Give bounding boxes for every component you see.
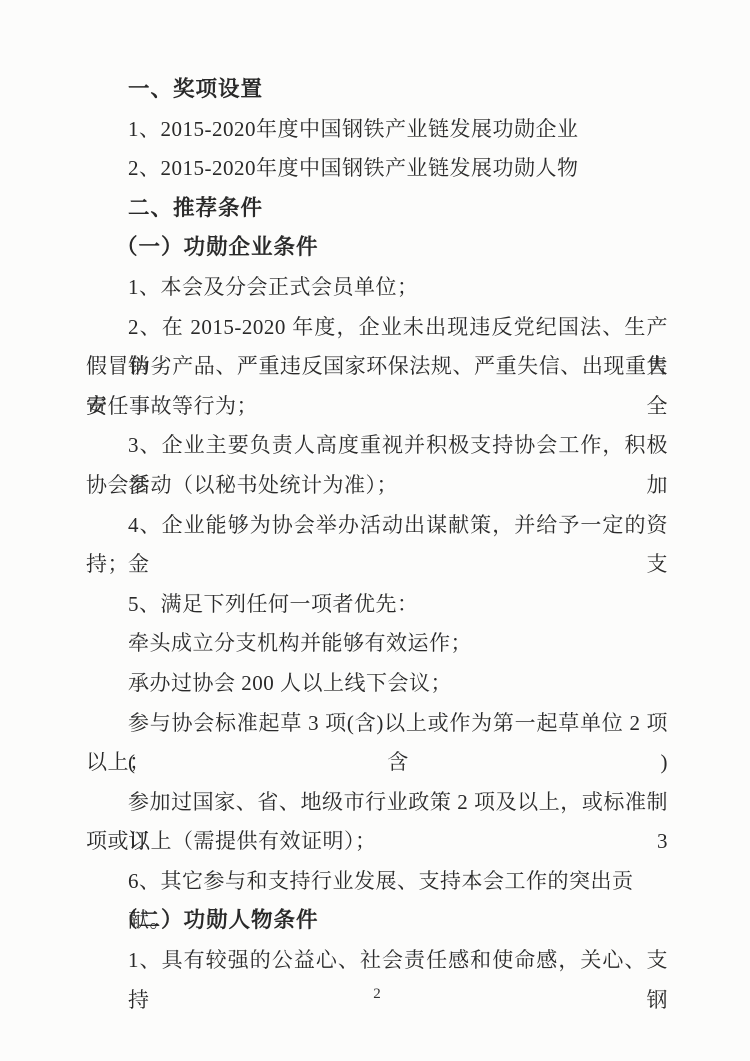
- para-priority-item-1: 牵头成立分支机构并能够有效运作；: [86, 624, 668, 664]
- document-content: 一、奖项设置 1、2015-2020年度中国钢铁产业链发展功勋企业 2、2015…: [0, 0, 750, 1004]
- para-enterprise-cond-1: 1、本会及分会正式会员单位；: [86, 268, 668, 308]
- para-person-cond-1-line-1: 1、具有较强的公益心、社会责任感和使命感，关心、支持钢: [86, 941, 668, 981]
- document-page: 一、奖项设置 1、2015-2020年度中国钢铁产业链发展功勋企业 2、2015…: [0, 0, 750, 1061]
- para-enterprise-cond-2-line-2: 假冒伪劣产品、严重违反国家环保法规、严重失信、出现重大安全: [86, 347, 668, 387]
- para-enterprise-cond-3-line-1: 3、企业主要负责人高度重视并积极支持协会工作，积极参加: [86, 426, 668, 466]
- subheading-merit-person-criteria: （二）功勋人物条件: [86, 901, 668, 941]
- subheading-merit-enterprise-criteria: （一）功勋企业条件: [86, 228, 668, 268]
- para-enterprise-cond-6: 6、其它参与和支持行业发展、支持本会工作的突出贡献。: [86, 862, 668, 902]
- para-priority-item-2: 承办过协会 200 人以上线下会议；: [86, 664, 668, 704]
- section-heading-award-setup: 一、奖项设置: [86, 70, 668, 110]
- para-priority-item-3-line-1: 参与协会标准起草 3 项(含)以上或作为第一起草单位 2 项(含): [86, 704, 668, 744]
- para-enterprise-cond-5: 5、满足下列任何一项者优先：: [86, 585, 668, 625]
- para-enterprise-cond-4-line-1: 4、企业能够为协会举办活动出谋献策，并给予一定的资金支: [86, 506, 668, 546]
- section-heading-recommend-criteria: 二、推荐条件: [86, 189, 668, 229]
- para-enterprise-cond-2-line-1: 2、在 2015-2020 年度，企业未出现违反党纪国法、生产销售: [86, 308, 668, 348]
- para-award-item-1: 1、2015-2020年度中国钢铁产业链发展功勋企业: [86, 110, 668, 150]
- para-priority-item-4-line-1: 参加过国家、省、地级市行业政策 2 项及以上，或标准制订 3: [86, 783, 668, 823]
- para-award-item-2: 2、2015-2020年度中国钢铁产业链发展功勋人物: [86, 149, 668, 189]
